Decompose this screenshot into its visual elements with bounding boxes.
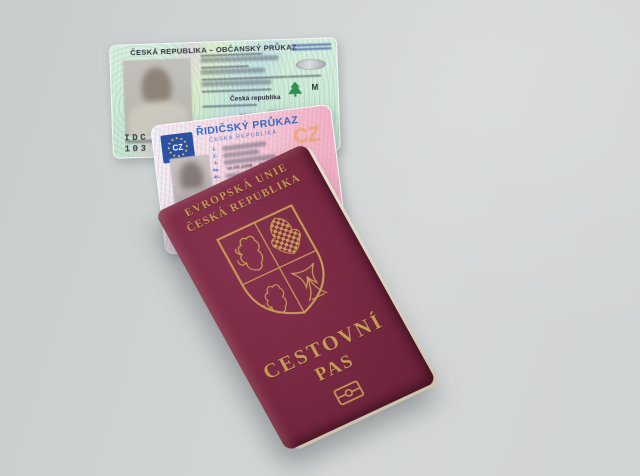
photo-scene: ČESKÁ REPUBLIKA – OBČANSKÝ PRŮKAZ Česká …	[0, 0, 640, 476]
id-card-mrz-line1: IDC	[124, 133, 148, 144]
czech-coat-of-arms-emblem	[208, 198, 350, 337]
id-card-nationality-value: Česká republika	[230, 94, 281, 103]
id-card-sex-value: M	[311, 83, 318, 92]
id-card-bilingual-caption-redacted	[291, 47, 331, 51]
field-label-redacted	[287, 75, 321, 78]
field-number: 3.	[214, 161, 219, 166]
hologram-oval	[296, 58, 326, 70]
field-value-redacted	[201, 68, 265, 75]
field-label-redacted	[202, 88, 272, 92]
biometric-passport-chip-icon	[332, 379, 365, 406]
green-tree-security-icon	[286, 80, 304, 98]
field-number: 2.	[213, 154, 218, 159]
id-card-mrz-line2: 103	[124, 144, 148, 155]
field-number: 1.	[212, 147, 217, 152]
moravian-checkered-eagle	[261, 212, 308, 260]
field-number: 4c.	[214, 175, 221, 181]
eu-flag-country-code: CZ	[172, 143, 184, 153]
ghost-country-code: CZ	[292, 123, 321, 150]
id-card-bilingual-caption-redacted	[291, 43, 331, 47]
field-value-redacted	[201, 79, 271, 86]
field-number: 4a.	[213, 168, 220, 174]
field-value-redacted	[201, 55, 279, 63]
field-label-redacted	[202, 104, 257, 108]
